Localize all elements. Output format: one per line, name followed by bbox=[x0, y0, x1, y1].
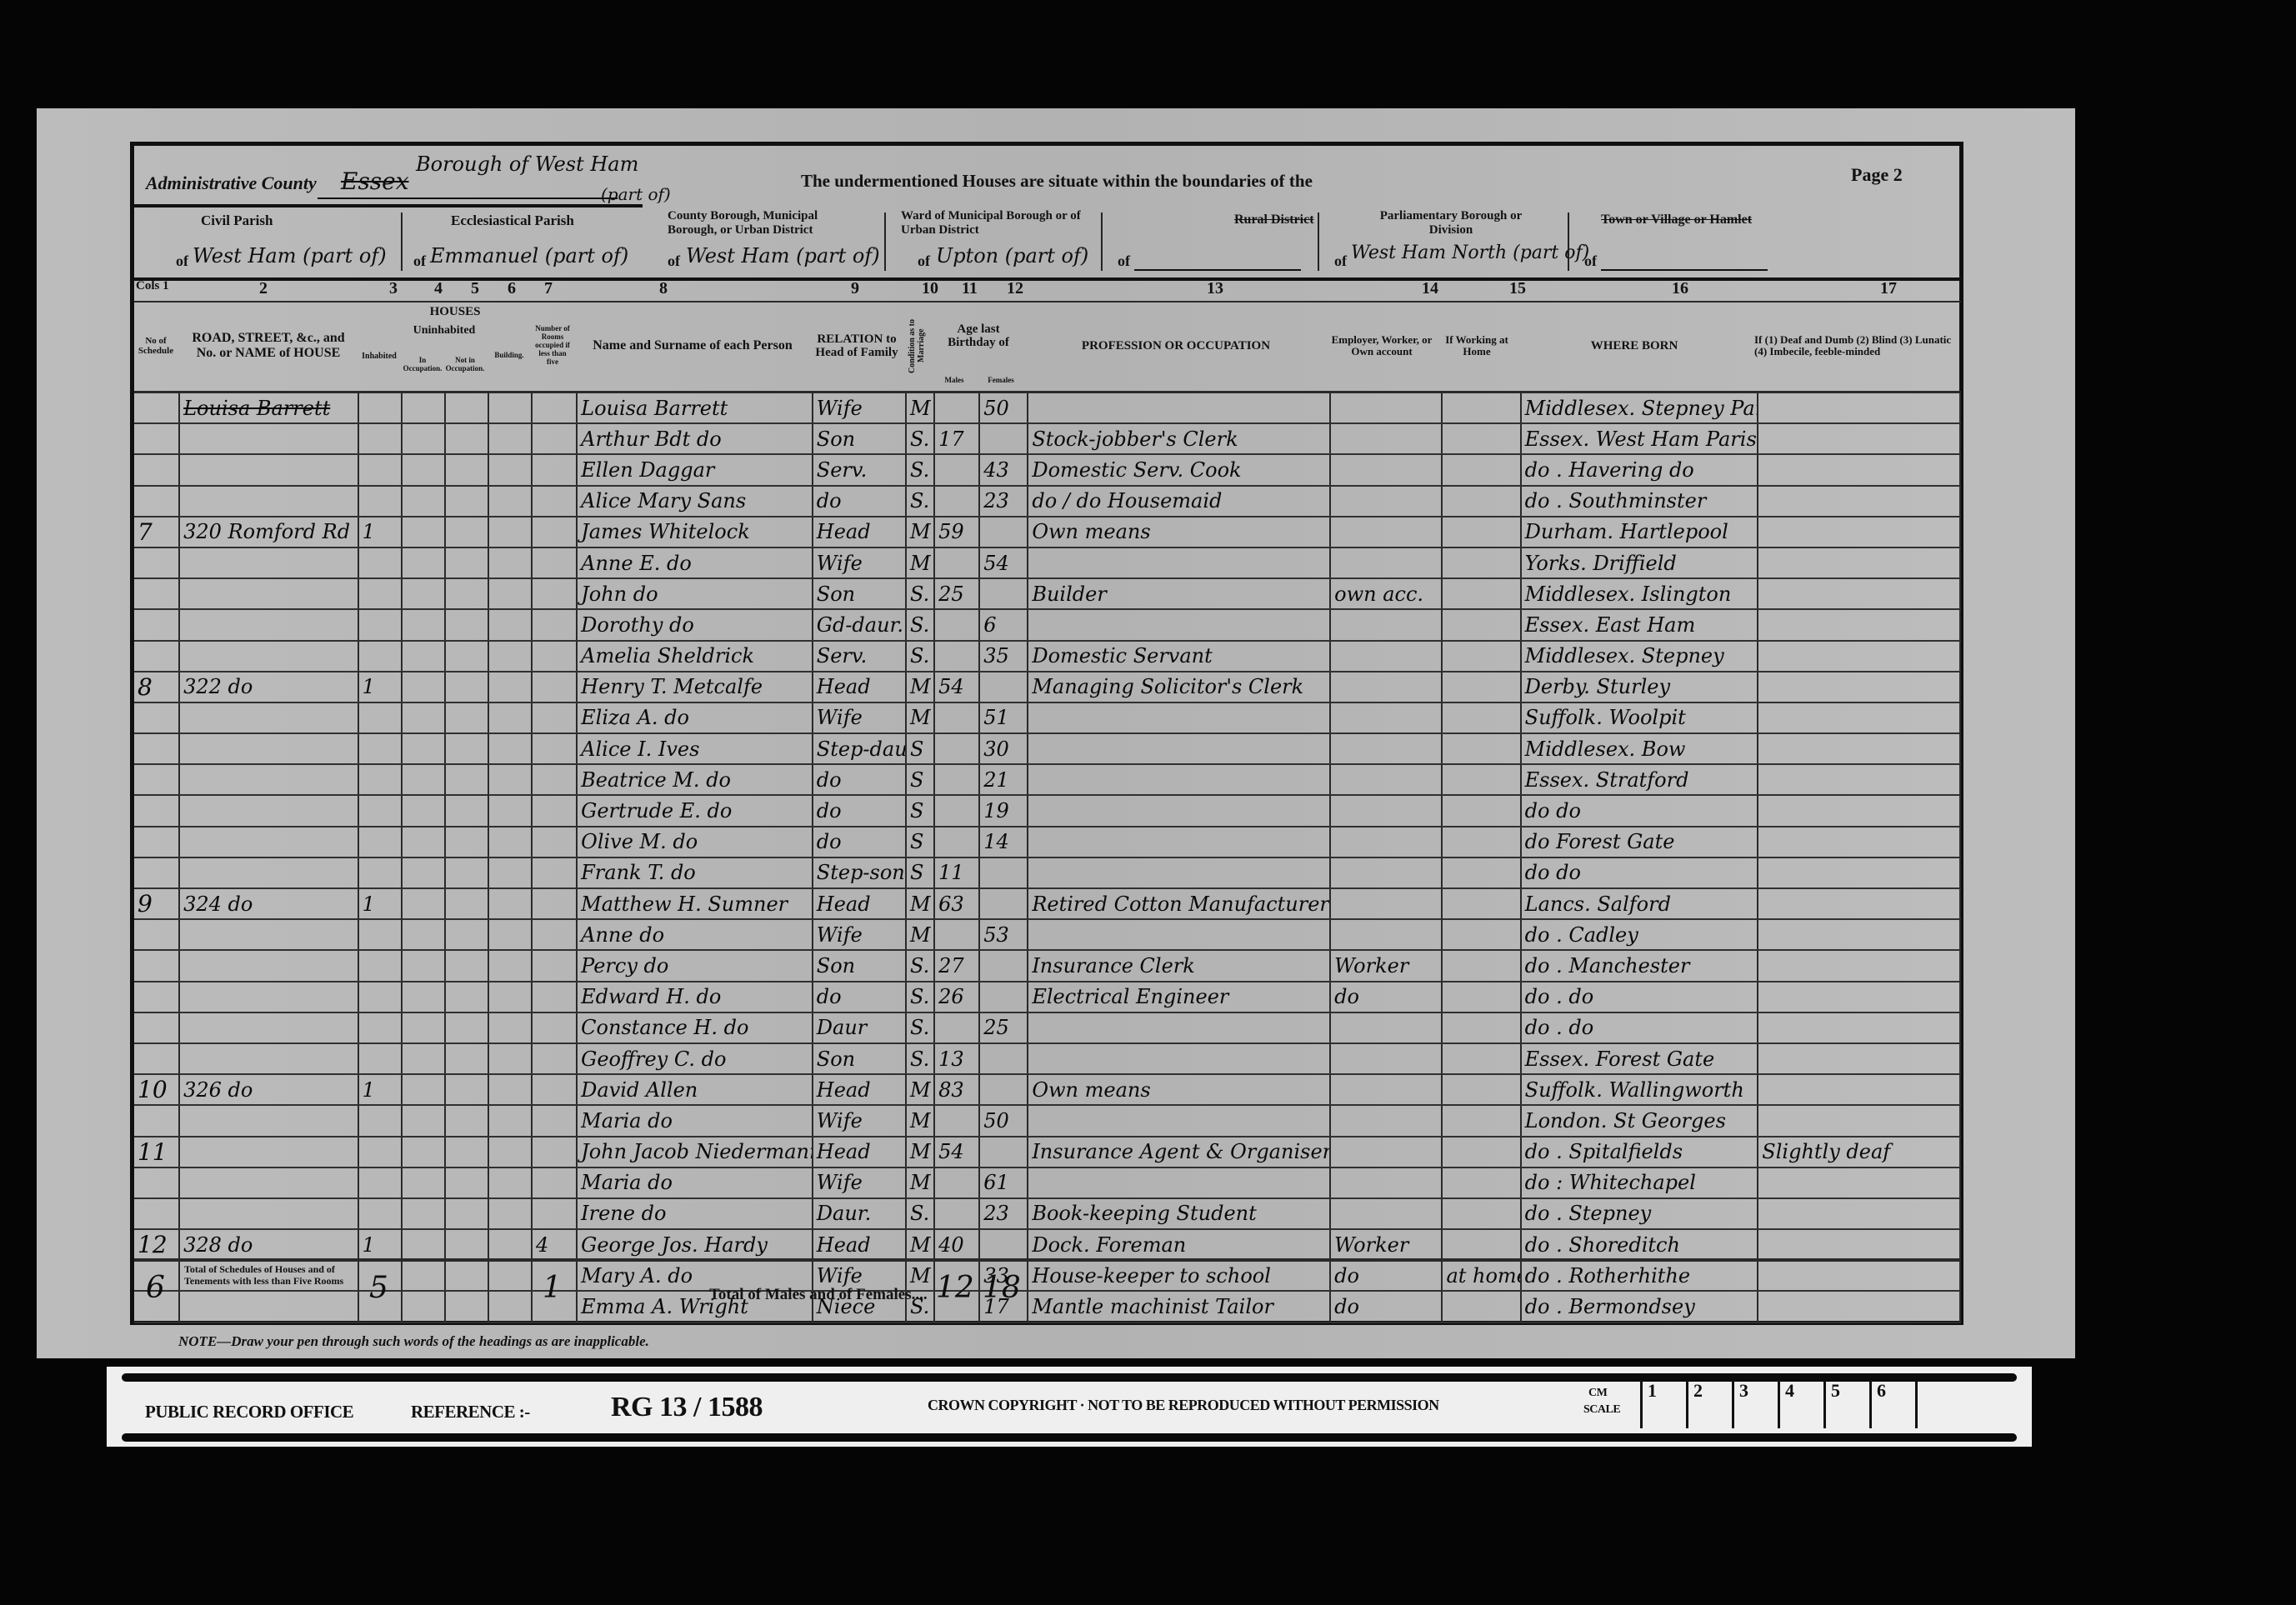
road-address bbox=[179, 857, 358, 888]
schedule-number bbox=[134, 423, 179, 454]
person-name: George Jos. Hardy bbox=[577, 1229, 813, 1260]
occupation: Managing Solicitor's Clerk bbox=[1028, 672, 1330, 702]
road-address bbox=[179, 1043, 358, 1074]
infirmity bbox=[1758, 857, 1960, 888]
female-age: 51 bbox=[979, 702, 1028, 733]
uninhabited-not-in-occupation bbox=[445, 1167, 488, 1198]
employment-status: do bbox=[1330, 1260, 1442, 1291]
employment-status: own acc. bbox=[1330, 578, 1442, 609]
male-age bbox=[934, 1105, 979, 1136]
table-row: Alice Mary SansdoS.23do / do Housemaiddo… bbox=[134, 486, 1960, 517]
building bbox=[488, 1198, 532, 1229]
female-age: 43 bbox=[979, 454, 1028, 485]
road-address bbox=[179, 486, 358, 517]
birthplace: Essex. West Ham Parish bbox=[1521, 423, 1758, 454]
uninhabited-in-occupation bbox=[402, 1291, 445, 1322]
rooms-count bbox=[532, 517, 577, 547]
infirmity: Slightly deaf bbox=[1758, 1137, 1960, 1167]
occupation bbox=[1028, 1105, 1330, 1136]
infirmity bbox=[1758, 795, 1960, 826]
inhabited-count bbox=[358, 733, 402, 764]
male-age bbox=[934, 919, 979, 950]
uninhabited-in-occupation bbox=[402, 764, 445, 795]
employment-status bbox=[1330, 1198, 1442, 1229]
occupation bbox=[1028, 609, 1330, 640]
working-at-home bbox=[1442, 517, 1520, 547]
total-inhabited: 5 bbox=[369, 1271, 388, 1305]
male-age bbox=[934, 764, 979, 795]
relation-to-head: Head bbox=[813, 1074, 906, 1105]
male-age: 54 bbox=[934, 1137, 979, 1167]
uninhabited-not-in-occupation bbox=[445, 888, 488, 919]
relation-to-head: Step-daur. bbox=[813, 733, 906, 764]
female-age bbox=[979, 578, 1028, 609]
uninhabited-not-in-occupation bbox=[445, 1137, 488, 1167]
uninhabited-not-in-occupation bbox=[445, 857, 488, 888]
occupation bbox=[1028, 1012, 1330, 1043]
total-males: 12 bbox=[936, 1271, 974, 1305]
marital-condition: M bbox=[906, 1074, 934, 1105]
uninhabited-in-occupation bbox=[402, 423, 445, 454]
working-at-home bbox=[1442, 1137, 1520, 1167]
occupation: Mantle machinist Tailor bbox=[1028, 1291, 1330, 1322]
birthplace: do . Stepney bbox=[1521, 1198, 1758, 1229]
female-age bbox=[979, 1074, 1028, 1105]
table-row: Edward H. dodoS.26Electrical Engineerdod… bbox=[134, 982, 1960, 1012]
schedule-number bbox=[134, 454, 179, 485]
building bbox=[488, 795, 532, 826]
rooms-count bbox=[532, 641, 577, 672]
female-age: 50 bbox=[979, 393, 1028, 423]
inhabited-count bbox=[358, 1198, 402, 1229]
table-row: 9324 do1Matthew H. SumnerHeadM63Retired … bbox=[134, 888, 1960, 919]
scale-label: SCALE bbox=[1583, 1403, 1620, 1417]
occupation bbox=[1028, 702, 1330, 733]
working-at-home bbox=[1442, 733, 1520, 764]
schedule-number bbox=[134, 1012, 179, 1043]
working-at-home bbox=[1442, 1074, 1520, 1105]
rooms-count bbox=[532, 857, 577, 888]
marital-condition: M bbox=[906, 1229, 934, 1260]
uninhabited-not-in-occupation bbox=[445, 609, 488, 640]
female-age: 54 bbox=[979, 547, 1028, 578]
female-age: 19 bbox=[979, 795, 1028, 826]
birthplace: do . Shoreditch bbox=[1521, 1229, 1758, 1260]
occupation bbox=[1028, 733, 1330, 764]
employment-status bbox=[1330, 641, 1442, 672]
uninhabited-not-in-occupation bbox=[445, 827, 488, 857]
male-age bbox=[934, 454, 979, 485]
female-age: 30 bbox=[979, 733, 1028, 764]
building bbox=[488, 454, 532, 485]
marital-condition: S bbox=[906, 857, 934, 888]
employment-status: Worker bbox=[1330, 950, 1442, 981]
male-age: 40 bbox=[934, 1229, 979, 1260]
schedule-number bbox=[134, 857, 179, 888]
inhabited-count: 1 bbox=[358, 1229, 402, 1260]
archive-reference-strip: PUBLIC RECORD OFFICE REFERENCE :- RG 13 … bbox=[107, 1367, 2032, 1447]
relation-to-head: do bbox=[813, 827, 906, 857]
person-name: John do bbox=[577, 578, 813, 609]
rooms-count bbox=[532, 1167, 577, 1198]
road-address bbox=[179, 764, 358, 795]
infirmity bbox=[1758, 950, 1960, 981]
marital-condition: S. bbox=[906, 578, 934, 609]
inhabited-count: 1 bbox=[358, 888, 402, 919]
uninhabited-in-occupation bbox=[402, 950, 445, 981]
birthplace: do . do bbox=[1521, 982, 1758, 1012]
total-rooms: 1 bbox=[543, 1271, 562, 1305]
total-females: 18 bbox=[983, 1271, 1021, 1305]
road-address bbox=[179, 578, 358, 609]
table-row: Eliza A. doWifeM51Suffolk. Woolpit bbox=[134, 702, 1960, 733]
rooms-count bbox=[532, 578, 577, 609]
relation-to-head: Wife bbox=[813, 1105, 906, 1136]
schedule-number bbox=[134, 795, 179, 826]
infirmity bbox=[1758, 423, 1960, 454]
road-address: 324 do bbox=[179, 888, 358, 919]
schedule-number bbox=[134, 393, 179, 423]
employment-status bbox=[1330, 672, 1442, 702]
male-age: 17 bbox=[934, 423, 979, 454]
birthplace: do . Rotherhithe bbox=[1521, 1260, 1758, 1291]
census-form-frame: Administrative County Essex Borough of W… bbox=[130, 142, 1963, 1325]
female-age bbox=[979, 672, 1028, 702]
inhabited-count bbox=[358, 1043, 402, 1074]
relation-to-head: Son bbox=[813, 1043, 906, 1074]
inhabited-count: 1 bbox=[358, 1074, 402, 1105]
occupation bbox=[1028, 795, 1330, 826]
male-age bbox=[934, 641, 979, 672]
uninhabited-not-in-occupation bbox=[445, 578, 488, 609]
rooms-count bbox=[532, 919, 577, 950]
employment-status bbox=[1330, 1012, 1442, 1043]
person-name: Edward H. do bbox=[577, 982, 813, 1012]
form-note: NOTE—Draw your pen through such words of… bbox=[178, 1333, 649, 1350]
road-address bbox=[179, 1167, 358, 1198]
marital-condition: M bbox=[906, 672, 934, 702]
employment-status bbox=[1330, 919, 1442, 950]
employment-status bbox=[1330, 423, 1442, 454]
uninhabited-not-in-occupation bbox=[445, 547, 488, 578]
rooms-count bbox=[532, 888, 577, 919]
uninhabited-in-occupation bbox=[402, 827, 445, 857]
uninhabited-in-occupation bbox=[402, 795, 445, 826]
employment-status bbox=[1330, 1074, 1442, 1105]
female-age bbox=[979, 1137, 1028, 1167]
employment-status: do bbox=[1330, 1291, 1442, 1322]
marital-condition: S bbox=[906, 764, 934, 795]
occupation: Own means bbox=[1028, 1074, 1330, 1105]
infirmity bbox=[1758, 733, 1960, 764]
uninhabited-not-in-occupation bbox=[445, 950, 488, 981]
rooms-count bbox=[532, 1105, 577, 1136]
person-name: Anne do bbox=[577, 919, 813, 950]
uninhabited-not-in-occupation bbox=[445, 1043, 488, 1074]
infirmity bbox=[1758, 672, 1960, 702]
occupation bbox=[1028, 547, 1330, 578]
marital-condition: M bbox=[906, 702, 934, 733]
building bbox=[488, 888, 532, 919]
schedule-number bbox=[134, 1167, 179, 1198]
birthplace: Suffolk. Woolpit bbox=[1521, 702, 1758, 733]
occupation bbox=[1028, 1043, 1330, 1074]
birthplace: Derby. Sturley bbox=[1521, 672, 1758, 702]
person-name: Arthur Bdt do bbox=[577, 423, 813, 454]
schedule-number bbox=[134, 486, 179, 517]
rooms-count bbox=[532, 764, 577, 795]
occupation: Own means bbox=[1028, 517, 1330, 547]
male-age: 63 bbox=[934, 888, 979, 919]
schedule-number: 10 bbox=[134, 1074, 179, 1105]
road-address bbox=[179, 1105, 358, 1136]
working-at-home bbox=[1442, 827, 1520, 857]
building bbox=[488, 609, 532, 640]
relation-to-head: Wife bbox=[813, 393, 906, 423]
inhabited-count: 1 bbox=[358, 672, 402, 702]
relation-to-head: Daur bbox=[813, 1012, 906, 1043]
birthplace: do . Havering do bbox=[1521, 454, 1758, 485]
birthplace: Lancs. Salford bbox=[1521, 888, 1758, 919]
table-row: 8322 do1Henry T. MetcalfeHeadM54Managing… bbox=[134, 672, 1960, 702]
schedule-number bbox=[134, 982, 179, 1012]
inhabited-count bbox=[358, 609, 402, 640]
rooms-count bbox=[532, 423, 577, 454]
person-name: Louisa Barrett bbox=[577, 393, 813, 423]
male-age: 26 bbox=[934, 982, 979, 1012]
building bbox=[488, 423, 532, 454]
person-name: Anne E. do bbox=[577, 547, 813, 578]
person-name: Maria do bbox=[577, 1167, 813, 1198]
uninhabited-not-in-occupation bbox=[445, 486, 488, 517]
table-row: Mary A. doWifeM33House-keeper to schoold… bbox=[134, 1260, 1960, 1291]
inhabited-count bbox=[358, 393, 402, 423]
road-address bbox=[179, 733, 358, 764]
male-age: 54 bbox=[934, 672, 979, 702]
birthplace: Essex. Forest Gate bbox=[1521, 1043, 1758, 1074]
uninhabited-in-occupation bbox=[402, 547, 445, 578]
inhabited-count bbox=[358, 950, 402, 981]
uninhabited-not-in-occupation bbox=[445, 702, 488, 733]
building bbox=[488, 1012, 532, 1043]
person-name: Maria do bbox=[577, 1105, 813, 1136]
infirmity bbox=[1758, 702, 1960, 733]
administrative-county-label: Administrative County bbox=[146, 172, 317, 194]
working-at-home bbox=[1442, 423, 1520, 454]
schedule-number: 12 bbox=[134, 1229, 179, 1260]
male-age bbox=[934, 733, 979, 764]
scale-label-cm: CM bbox=[1588, 1387, 1607, 1400]
occupation: Electrical Engineer bbox=[1028, 982, 1330, 1012]
inhabited-count bbox=[358, 578, 402, 609]
relation-to-head: Serv. bbox=[813, 454, 906, 485]
occupation bbox=[1028, 393, 1330, 423]
rooms-count bbox=[532, 982, 577, 1012]
table-row: Anne E. doWifeM54Yorks. Driffield bbox=[134, 547, 1960, 578]
employment-status bbox=[1330, 888, 1442, 919]
relation-to-head: Son bbox=[813, 578, 906, 609]
infirmity bbox=[1758, 764, 1960, 795]
building bbox=[488, 1229, 532, 1260]
uninhabited-in-occupation bbox=[402, 1105, 445, 1136]
road-address bbox=[179, 1137, 358, 1167]
rooms-count bbox=[532, 393, 577, 423]
uninhabited-in-occupation bbox=[402, 857, 445, 888]
female-age: 21 bbox=[979, 764, 1028, 795]
uninhabited-in-occupation bbox=[402, 1074, 445, 1105]
relation-to-head: Gd-daur. bbox=[813, 609, 906, 640]
relation-to-head: Head bbox=[813, 888, 906, 919]
female-age bbox=[979, 517, 1028, 547]
male-age bbox=[934, 547, 979, 578]
birthplace: do . do bbox=[1521, 1012, 1758, 1043]
rooms-count bbox=[532, 1012, 577, 1043]
relation-to-head: do bbox=[813, 982, 906, 1012]
rooms-count: 4 bbox=[532, 1229, 577, 1260]
rooms-count bbox=[532, 795, 577, 826]
marital-condition: S. bbox=[906, 1043, 934, 1074]
administrative-county-note: (part of) bbox=[601, 184, 671, 204]
rooms-count bbox=[532, 827, 577, 857]
relation-to-head: Step-son bbox=[813, 857, 906, 888]
uninhabited-not-in-occupation bbox=[445, 764, 488, 795]
relation-to-head: Son bbox=[813, 423, 906, 454]
infirmity bbox=[1758, 641, 1960, 672]
uninhabited-not-in-occupation bbox=[445, 1198, 488, 1229]
birthplace: do . Manchester bbox=[1521, 950, 1758, 981]
person-name: Frank T. do bbox=[577, 857, 813, 888]
infirmity bbox=[1758, 1167, 1960, 1198]
road-address bbox=[179, 919, 358, 950]
uninhabited-in-occupation bbox=[402, 1167, 445, 1198]
person-name: Eliza A. do bbox=[577, 702, 813, 733]
marital-condition: M bbox=[906, 1105, 934, 1136]
inhabited-count bbox=[358, 454, 402, 485]
infirmity bbox=[1758, 609, 1960, 640]
occupation bbox=[1028, 764, 1330, 795]
totals-divider bbox=[134, 1258, 1961, 1262]
female-age bbox=[979, 982, 1028, 1012]
female-age bbox=[979, 423, 1028, 454]
infirmity bbox=[1758, 982, 1960, 1012]
rooms-count bbox=[532, 733, 577, 764]
infirmity bbox=[1758, 486, 1960, 517]
female-age bbox=[979, 888, 1028, 919]
uninhabited-not-in-occupation bbox=[445, 1260, 488, 1291]
schedule-number bbox=[134, 609, 179, 640]
building bbox=[488, 919, 532, 950]
building bbox=[488, 764, 532, 795]
rooms-count bbox=[532, 1198, 577, 1229]
infirmity bbox=[1758, 1043, 1960, 1074]
relation-to-head: Wife bbox=[813, 1167, 906, 1198]
working-at-home bbox=[1442, 393, 1520, 423]
rooms-count bbox=[532, 454, 577, 485]
infirmity bbox=[1758, 393, 1960, 423]
uninhabited-not-in-occupation bbox=[445, 641, 488, 672]
road-address bbox=[179, 423, 358, 454]
female-age: 50 bbox=[979, 1105, 1028, 1136]
uninhabited-in-occupation bbox=[402, 641, 445, 672]
infirmity bbox=[1758, 888, 1960, 919]
reference-value: RG 13 / 1588 bbox=[611, 1392, 763, 1423]
male-age bbox=[934, 1012, 979, 1043]
copyright-notice: CROWN COPYRIGHT · NOT TO BE REPRODUCED W… bbox=[928, 1397, 1439, 1414]
boundary-statement: The undermentioned Houses are situate wi… bbox=[801, 171, 1313, 192]
infirmity bbox=[1758, 827, 1960, 857]
working-at-home bbox=[1442, 609, 1520, 640]
uninhabited-in-occupation bbox=[402, 672, 445, 702]
marital-condition: M bbox=[906, 919, 934, 950]
marital-condition: M bbox=[906, 517, 934, 547]
rooms-count bbox=[532, 1137, 577, 1167]
employment-status bbox=[1330, 857, 1442, 888]
birthplace: Middlesex. Islington bbox=[1521, 578, 1758, 609]
table-row: Alice I. IvesStep-daur.S30Middlesex. Bow bbox=[134, 733, 1960, 764]
marital-condition: S. bbox=[906, 423, 934, 454]
birthplace: do . Cadley bbox=[1521, 919, 1758, 950]
relation-to-head: Head bbox=[813, 1229, 906, 1260]
female-age: 53 bbox=[979, 919, 1028, 950]
inhabited-count: 1 bbox=[358, 517, 402, 547]
employment-status bbox=[1330, 1167, 1442, 1198]
female-age bbox=[979, 857, 1028, 888]
employment-status bbox=[1330, 517, 1442, 547]
table-row: Emma A. WrightNieceS.17Mantle machinist … bbox=[134, 1291, 1960, 1322]
table-row: Percy doSonS.27Insurance ClerkWorkerdo .… bbox=[134, 950, 1960, 981]
schedule-number: 8 bbox=[134, 672, 179, 702]
uninhabited-in-occupation bbox=[402, 1043, 445, 1074]
building bbox=[488, 517, 532, 547]
infirmity bbox=[1758, 1260, 1960, 1291]
occupation: Insurance Agent & Organiser bbox=[1028, 1137, 1330, 1167]
employment-status bbox=[1330, 393, 1442, 423]
birthplace: Essex. East Ham bbox=[1521, 609, 1758, 640]
marital-condition: S. bbox=[906, 641, 934, 672]
working-at-home bbox=[1442, 702, 1520, 733]
building bbox=[488, 486, 532, 517]
road-address: 326 do bbox=[179, 1074, 358, 1105]
infirmity bbox=[1758, 1074, 1960, 1105]
schedule-number bbox=[134, 547, 179, 578]
uninhabited-not-in-occupation bbox=[445, 1105, 488, 1136]
birthplace: Middlesex. Stepney Parish bbox=[1521, 393, 1758, 423]
employment-status bbox=[1330, 795, 1442, 826]
road-address bbox=[179, 827, 358, 857]
person-name: Amelia Sheldrick bbox=[577, 641, 813, 672]
male-age bbox=[934, 393, 979, 423]
road-address: 322 do bbox=[179, 672, 358, 702]
schedule-number bbox=[134, 764, 179, 795]
table-row: Geoffrey C. doSonS.13Essex. Forest Gate bbox=[134, 1043, 1960, 1074]
occupation bbox=[1028, 919, 1330, 950]
rooms-count bbox=[532, 702, 577, 733]
reference-label: REFERENCE :- bbox=[411, 1402, 530, 1422]
road-address bbox=[179, 547, 358, 578]
occupation: do / do Housemaid bbox=[1028, 486, 1330, 517]
working-at-home bbox=[1442, 578, 1520, 609]
uninhabited-in-occupation bbox=[402, 609, 445, 640]
working-at-home bbox=[1442, 795, 1520, 826]
uninhabited-not-in-occupation bbox=[445, 1229, 488, 1260]
rooms-count bbox=[532, 609, 577, 640]
birthplace: Middlesex. Stepney bbox=[1521, 641, 1758, 672]
road-address bbox=[179, 454, 358, 485]
occupation: Dock. Foreman bbox=[1028, 1229, 1330, 1260]
building bbox=[488, 982, 532, 1012]
table-row: Louisa BarrettLouisa BarrettWifeM50Middl… bbox=[134, 393, 1960, 423]
uninhabited-not-in-occupation bbox=[445, 454, 488, 485]
